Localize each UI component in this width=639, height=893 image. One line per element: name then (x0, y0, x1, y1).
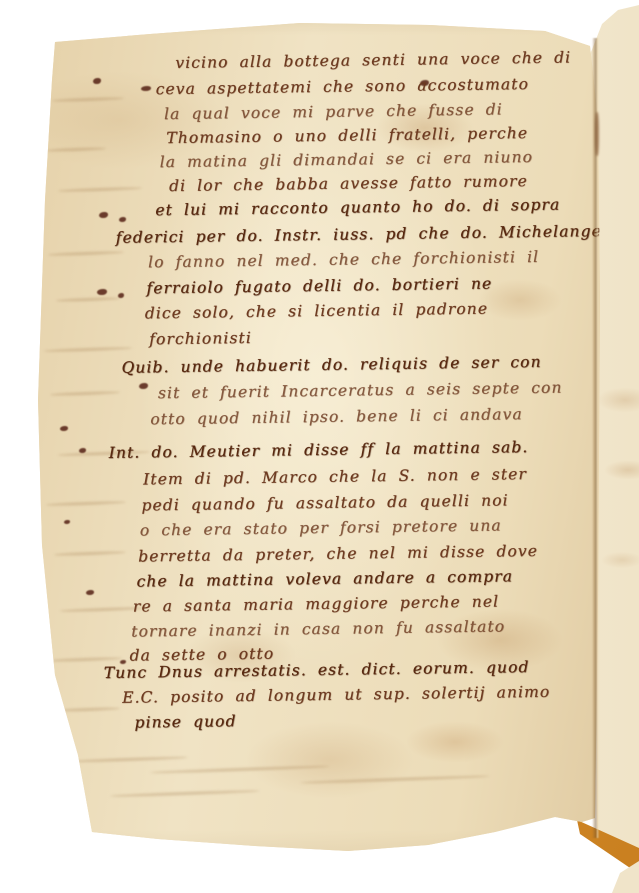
text-line: otto quod nihil ipso. bene li ci andava (150, 405, 523, 428)
manuscript-photograph: vicino alla bottega senti una voce che d… (0, 0, 639, 893)
text-line: vicino alla bottega senti una voce che d… (175, 48, 571, 72)
text-line: et lui mi racconto quanto ho do. di sopr… (155, 196, 560, 220)
text-line: che la mattina voleva andare a compra (136, 567, 513, 590)
text-line: Thomasino o uno delli fratelli, perche (166, 124, 528, 147)
text-line: la qual voce mi parve che fusse di (164, 100, 503, 123)
text-line: sit et fuerit Incarceratus a seis septe … (158, 379, 563, 403)
text-line: pinse quod (134, 712, 236, 731)
text-line: federici per do. Instr. iuss. pd che do.… (116, 222, 602, 247)
manuscript-page: vicino alla bottega senti una voce che d… (0, 0, 639, 893)
text-line: di lor che babba avesse fatto rumore (169, 172, 528, 195)
text-line: ferraiolo fugato delli do. bortieri ne (146, 275, 492, 298)
text-line: berretta da preter, che nel mi disse dov… (138, 542, 538, 566)
text-line: o che era stato per forsi pretore una (140, 516, 502, 539)
text-line: Int. do. Meutier mi disse ff la mattina … (109, 438, 529, 462)
text-line: pedi quando fu assaltato da quelli noi (141, 491, 508, 514)
crease-stain (595, 112, 599, 156)
text-line: la matina gli dimandai se ci era niuno (160, 148, 534, 171)
handwritten-text-block: vicino alla bottega senti una voce che d… (0, 0, 639, 893)
text-line: lo fanno nel med. che che forchionisti i… (148, 248, 539, 271)
text-line: ceva aspettatemi che sono accostumato (156, 75, 530, 98)
gutter-crease (592, 38, 599, 838)
text-line: Item di pd. Marco che la S. non e ster (143, 465, 527, 488)
text-line: dice solo, che si licentia il padrone (145, 300, 489, 323)
text-line: re a santa maria maggiore perche nel (133, 593, 500, 616)
text-line: forchionisti (149, 329, 252, 348)
text-line: tornare inanzi in casa non fu assaltato (131, 617, 505, 640)
text-line: Quib. unde habuerit do. reliquis de ser … (121, 353, 541, 377)
text-line: E.C. posito ad longum ut sup. solertij a… (122, 683, 550, 707)
